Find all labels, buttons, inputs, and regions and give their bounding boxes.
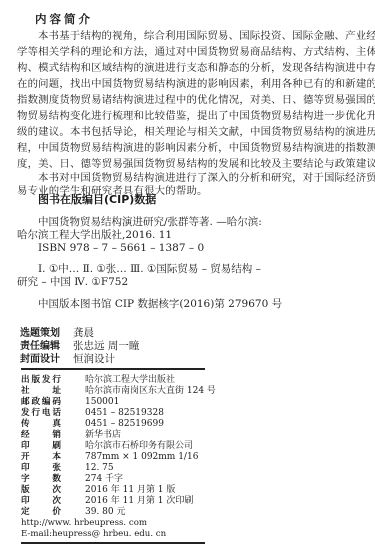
pub-label: 定价 — [21, 507, 61, 518]
intro-paragraph-line: 程，中国货物贸易结构演进的影响因素分析，中国货物贸易结构演进的指数测 — [17, 142, 359, 155]
pub-row: 经销新华书店 — [21, 430, 121, 441]
credit-row: 责任编辑张忠远 周一瞳 — [20, 340, 139, 353]
pub-value: 39. 80 元 — [85, 507, 126, 518]
intro-paragraph-line: 级的建议。本书包括导论，相关理论与相关文献，中国货物贸易结构的演进历 — [17, 126, 359, 139]
pub-label: 传真 — [21, 419, 61, 430]
pub-row: 印刷哈尔滨市石桥印务有限公司 — [21, 441, 193, 452]
cip-classification-line: 研究 – 中国 Ⅳ. ①F752 — [17, 276, 128, 289]
pub-value: 0451 – 82519699 — [85, 419, 164, 430]
pub-label: 发行电话 — [21, 408, 61, 419]
pub-value: 2016 年 11 月第 1 版 — [85, 485, 175, 496]
pub-label: 印次 — [21, 496, 61, 507]
pub-row: 传真0451 – 82519699 — [21, 419, 164, 430]
pub-row: 开本787mm × 1 092mm 1/16 — [21, 452, 198, 463]
pub-value: 274 千字 — [85, 474, 123, 485]
intro-paragraph-line: 易专业的学生和研究者具有很大的帮助。 — [17, 185, 359, 198]
pub-value: 2016 年 11 月第 1 次印刷 — [85, 496, 193, 507]
pub-row: 社址哈尔滨市南岗区东大直街 124 号 — [21, 386, 216, 397]
pub-value: 新华书店 — [85, 430, 121, 441]
credit-value: 张忠远 周一瞳 — [73, 340, 139, 352]
pub-row: 印张12. 75 — [21, 463, 114, 474]
cip-isbn: ISBN 978 – 7 – 5661 – 1387 – 0 — [38, 242, 204, 255]
pub-value: 12. 75 — [85, 463, 114, 474]
pub-label: 字数 — [21, 474, 61, 485]
divider-bottom — [21, 542, 205, 544]
pub-label: 印刷 — [21, 441, 61, 452]
pub-value: 787mm × 1 092mm 1/16 — [85, 452, 198, 463]
intro-paragraph-line: 物贸易结构变化进行梳理和比较借鉴，提出了中国货物贸易结构进一步优化升 — [17, 110, 359, 123]
intro-paragraph-line: 本书基于结构的视角，综合利用国际贸易、国际投资、国际金融、产业经济 — [38, 30, 359, 43]
credit-value: 龚晨 — [73, 327, 94, 339]
pub-value: 0451 – 82519328 — [85, 408, 164, 419]
pub-value: 哈尔滨市南岗区东大直街 124 号 — [85, 386, 216, 397]
cip-publisher-line: 哈尔滨工程大学出版社,2016. 11 — [17, 229, 172, 242]
divider-top — [21, 368, 205, 370]
pub-row: 版次2016 年 11 月第 1 版 — [21, 485, 175, 496]
pub-value: 哈尔滨工程大学出版社 — [85, 375, 175, 386]
cip-classification-line: Ⅰ. ①中… Ⅱ. ①张… Ⅲ. ①国际贸易 – 贸易结构 – — [38, 263, 261, 276]
pub-label: 邮政编码 — [21, 397, 61, 408]
credit-value: 恒润设计 — [73, 353, 115, 365]
credit-row: 选题策划龚晨 — [20, 327, 94, 340]
pub-row: 字数274 千字 — [21, 474, 123, 485]
pub-label: 版次 — [21, 485, 61, 496]
pub-label: 社址 — [21, 386, 61, 397]
pub-label: 经销 — [21, 430, 61, 441]
credit-label: 选题策划 — [20, 328, 70, 340]
cip-record-number: 中国版本图书馆 CIP 数据核字(2016)第 279670 号 — [38, 298, 282, 311]
intro-heading: 内容简介 — [35, 11, 93, 27]
pub-label: 开本 — [21, 452, 61, 463]
pub-label: 出版发行 — [21, 375, 61, 386]
pub-row: 出版发行哈尔滨工程大学出版社 — [21, 375, 175, 386]
cip-title-line: 中国货物贸易结构演进研究/张群等著. —哈尔滨: — [38, 216, 262, 229]
pub-row: 定价39. 80 元 — [21, 507, 126, 518]
pub-label: 印张 — [21, 463, 61, 474]
pub-row: 邮政编码150001 — [21, 397, 119, 408]
pub-value: 150001 — [85, 397, 119, 408]
credit-row: 封面设计恒润设计 — [20, 353, 115, 366]
pub-row: 发行电话0451 – 82519328 — [21, 408, 164, 419]
intro-paragraph-line: 指数测度货物贸易诸结构演进过程中的优化情况，对美、日、德等贸易强国的货 — [17, 94, 359, 107]
publisher-website: http://www. hrbeupress. com — [21, 518, 147, 529]
intro-paragraph-line: 构、模式结构和区域结构的演进进行支态和静态的分析，发现各结构演进中存 — [17, 62, 359, 75]
pub-row: 印次2016 年 11 月第 1 次印刷 — [21, 496, 193, 507]
intro-paragraph-line: 学等相关学科的理论和方法，通过对中国货物贸易商品结构、方式结构、主体结 — [17, 46, 359, 59]
intro-paragraph-line: 度，美、日、德等贸易强国货物贸易结构的发展和比较及主要结论与政策建议。 — [17, 158, 359, 171]
publisher-email: E-mail:heupress@ hrbeu. edu. cn — [21, 529, 166, 540]
pub-value: 哈尔滨市石桥印务有限公司 — [85, 441, 193, 452]
credit-label: 封面设计 — [20, 354, 70, 366]
credit-label: 责任编辑 — [20, 341, 70, 353]
intro-paragraph-line: 本书对中国货物贸易结构演进进行了深入的分析和研究，对于国际经济贸 — [38, 172, 359, 185]
intro-paragraph-line: 在的问题，找出中国货物贸易结构演进的影响因素，利用各种已有的和新建的 — [17, 78, 359, 91]
